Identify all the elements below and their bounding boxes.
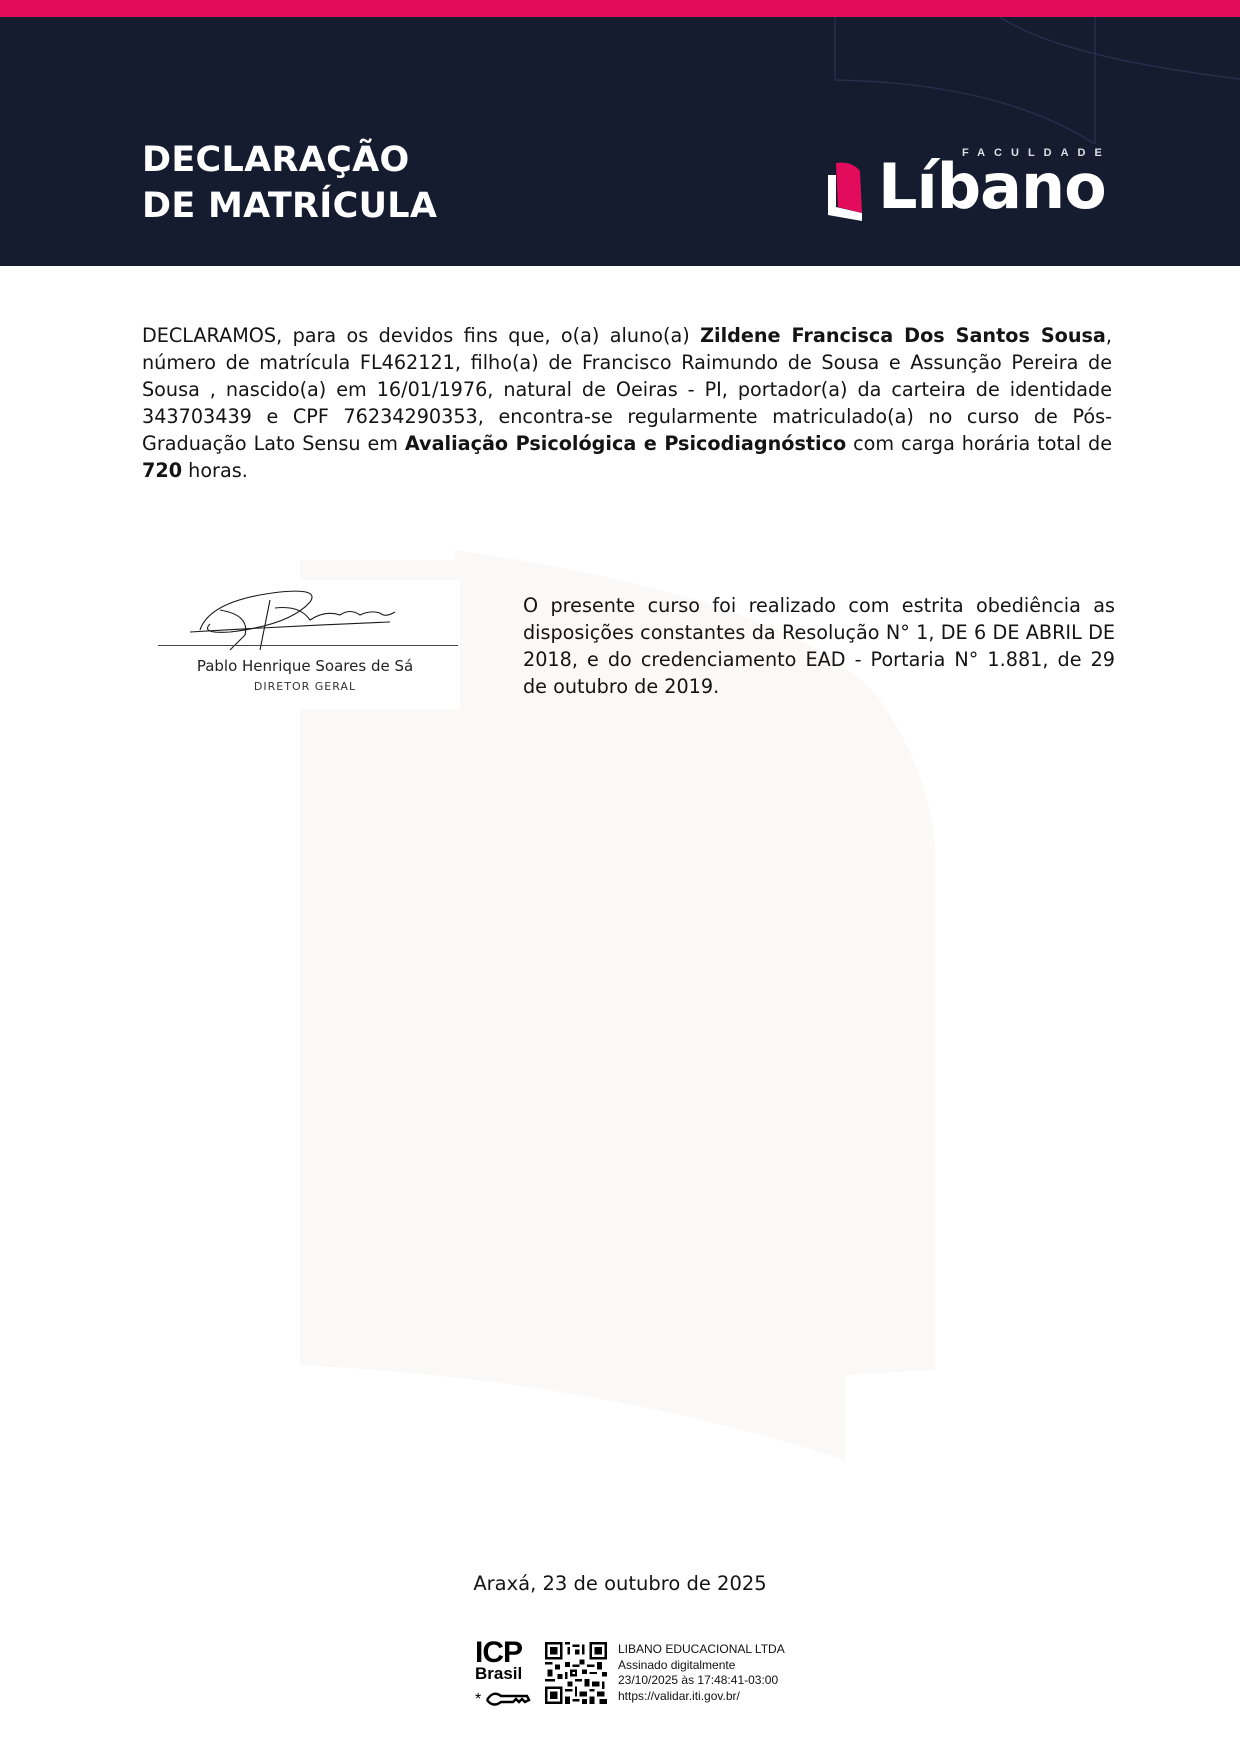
stamp-company: LIBANO EDUCACIONAL LTDA xyxy=(618,1642,785,1658)
icp-brasil-logo: ICP Brasil * xyxy=(475,1640,535,1712)
signer-name: Pablo Henrique Soares de Sá xyxy=(150,657,460,675)
stamp-timestamp: 23/10/2025 às 17:48:41-03:00 xyxy=(618,1673,785,1689)
course-hours: 720 xyxy=(142,459,182,482)
top-accent-bar xyxy=(0,0,1240,17)
student-name: Zildene Francisca Dos Santos Sousa xyxy=(700,324,1106,347)
stamp-status: Assinado digitalmente xyxy=(618,1658,785,1674)
page-title: DECLARAÇÃO DE MATRÍCULA xyxy=(142,137,437,229)
book-mark-icon xyxy=(826,161,866,221)
document-header: DECLARAÇÃO DE MATRÍCULA FACULDADE Líbano xyxy=(0,17,1240,266)
qr-code-icon[interactable] xyxy=(545,1642,607,1704)
svg-text:*: * xyxy=(475,1691,481,1708)
stamp-validation-url[interactable]: https://validar.iti.gov.br/ xyxy=(618,1689,785,1705)
title-line-1: DECLARAÇÃO xyxy=(142,137,437,183)
faculdade-libano-logo: FACULDADE Líbano xyxy=(826,145,1126,225)
handwritten-signature xyxy=(190,580,430,655)
course-name: Avaliação Psicológica e Psicodiagnóstico xyxy=(405,432,846,455)
logo-name: Líbano xyxy=(878,147,1106,227)
signature-line xyxy=(158,645,458,646)
key-icon: * xyxy=(475,1686,535,1710)
digital-signature-stamp: ICP Brasil * LIBANO EDUCACIONAL LTDA Ass… xyxy=(475,1640,815,1712)
title-line-2: DE MATRÍCULA xyxy=(142,183,437,229)
signature-block: Pablo Henrique Soares de Sá DIRETOR GERA… xyxy=(150,580,460,710)
signer-role: DIRETOR GERAL xyxy=(150,680,460,693)
legal-note: O presente curso foi realizado com estri… xyxy=(523,592,1115,700)
stamp-details: LIBANO EDUCACIONAL LTDA Assinado digital… xyxy=(618,1642,785,1704)
declaration-paragraph: DECLARAMOS, para os devidos fins que, o(… xyxy=(142,322,1112,484)
place-and-date: Araxá, 23 de outubro de 2025 xyxy=(0,1572,1240,1595)
